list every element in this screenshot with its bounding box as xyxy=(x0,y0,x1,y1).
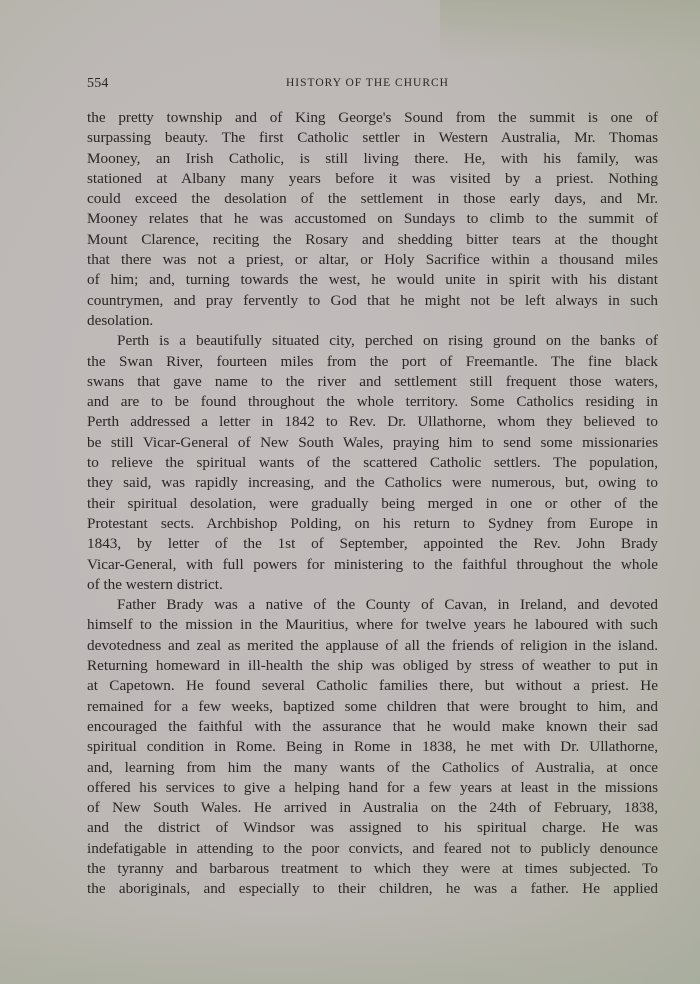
text-line: that there was not a priest, or altar, o… xyxy=(87,250,658,270)
text-line: they said, was rapidly increasing, and t… xyxy=(87,473,658,493)
text-line: Vicar-General, with full powers for mini… xyxy=(87,555,658,575)
text-line: to relieve the spiritual wants of the sc… xyxy=(87,453,658,473)
paragraph: Perth is a beautifully situated city, pe… xyxy=(87,331,658,595)
text-line: the tyranny and barbarous treatment to w… xyxy=(87,859,658,879)
text-line: 1843, by letter of the 1st of September,… xyxy=(87,534,658,554)
text-line: of New South Wales. He arrived in Austra… xyxy=(87,798,658,818)
running-head-title: HISTORY OF THE CHURCH xyxy=(286,77,449,89)
paper-discoloration xyxy=(0,914,700,984)
text-line: himself to the mission in the Mauritius,… xyxy=(87,615,658,635)
text-line: Mooney relates that he was accustomed on… xyxy=(87,209,658,229)
text-line: and the district of Windsor was assigned… xyxy=(87,818,658,838)
paper-discoloration xyxy=(440,0,700,60)
text-line: at Capetown. He found several Catholic f… xyxy=(87,676,658,696)
text-line: the Swan River, fourteen miles from the … xyxy=(87,352,658,372)
text-line: Perth addressed a letter in 1842 to Rev.… xyxy=(87,412,658,432)
text-line: desolation. xyxy=(87,311,658,331)
text-line: and, learning from him the many wants of… xyxy=(87,758,658,778)
text-line: could exceed the desolation of the settl… xyxy=(87,189,658,209)
text-line: the pretty township and of King George's… xyxy=(87,108,658,128)
paragraph: the pretty township and of King George's… xyxy=(87,108,658,331)
text-line: countrymen, and pray fervently to God th… xyxy=(87,291,658,311)
text-line: devotedness and zeal as merited the appl… xyxy=(87,636,658,656)
text-line: of him; and, turning towards the west, h… xyxy=(87,270,658,290)
text-line: and are to be found throughout the whole… xyxy=(87,392,658,412)
text-line: encouraged the faithful with the assuran… xyxy=(87,717,658,737)
text-line: swans that gave name to the river and se… xyxy=(87,372,658,392)
text-line: surpassing beauty. The first Catholic se… xyxy=(87,128,658,148)
text-line: Returning homeward in ill-health the shi… xyxy=(87,656,658,676)
text-line: offered his services to give a helping h… xyxy=(87,778,658,798)
text-line: indefatigable in attending to the poor c… xyxy=(87,839,658,859)
book-page: 554 HISTORY OF THE CHURCH the pretty tow… xyxy=(87,70,658,900)
page-number: 554 xyxy=(87,76,109,92)
text-line: Mount Clarence, reciting the Rosary and … xyxy=(87,230,658,250)
text-line: be still Vicar-General of New South Wale… xyxy=(87,433,658,453)
text-line: Protestant sects. Archbishop Polding, on… xyxy=(87,514,658,534)
text-line: remained for a few weeks, baptized some … xyxy=(87,697,658,717)
paragraph: Father Brady was a native of the County … xyxy=(87,595,658,899)
text-line: of the western district. xyxy=(87,575,658,595)
text-line: their spiritual desolation, were gradual… xyxy=(87,494,658,514)
text-line: Father Brady was a native of the County … xyxy=(87,595,658,615)
text-line: stationed at Albany many years before it… xyxy=(87,169,658,189)
text-line: the aboriginals, and especially to their… xyxy=(87,879,658,899)
running-head: 554 HISTORY OF THE CHURCH xyxy=(87,70,658,94)
body-text: the pretty township and of King George's… xyxy=(87,108,658,900)
text-line: spiritual condition in Rome. Being in Ro… xyxy=(87,737,658,757)
text-line: Mooney, an Irish Catholic, is still livi… xyxy=(87,149,658,169)
text-line: Perth is a beautifully situated city, pe… xyxy=(87,331,658,351)
